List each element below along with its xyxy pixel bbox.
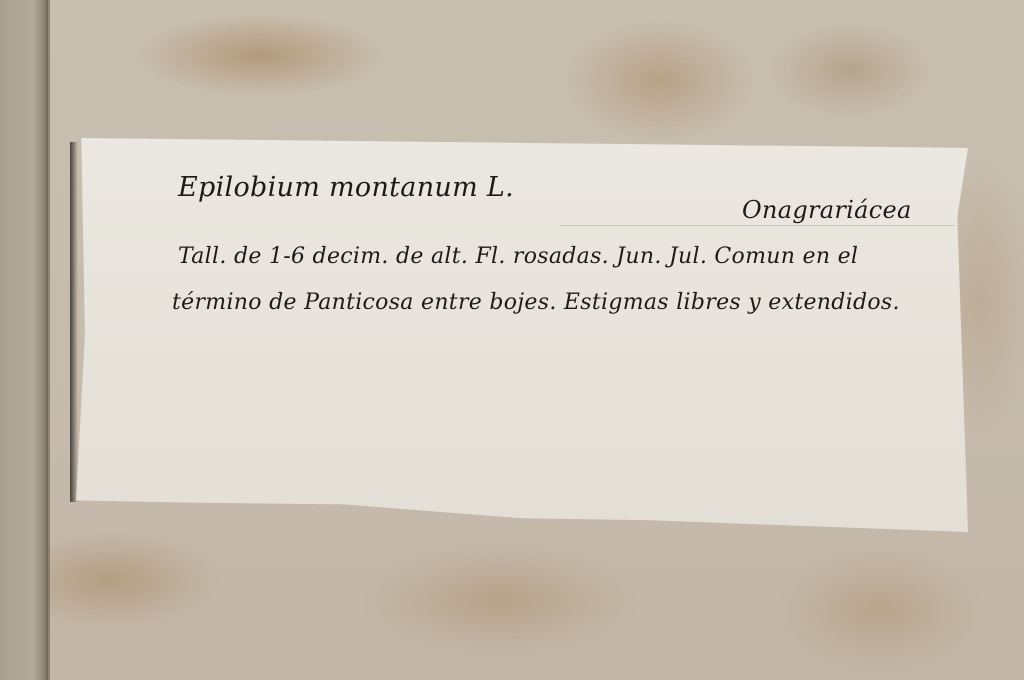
family-name: Onagrariácea xyxy=(742,196,912,224)
label-shadow xyxy=(70,142,78,502)
herbarium-sheet-background: Epilobium montanum L. Onagrariácea Tall.… xyxy=(0,0,1024,680)
description-line-1: Tall. de 1-6 decim. de alt. Fl. rosadas.… xyxy=(178,244,858,269)
book-edge xyxy=(0,0,48,680)
label-rule-line xyxy=(560,225,955,226)
species-name: Epilobium montanum L. xyxy=(178,172,514,203)
description-line-2: término de Panticosa entre bojes. Estigm… xyxy=(172,290,900,315)
